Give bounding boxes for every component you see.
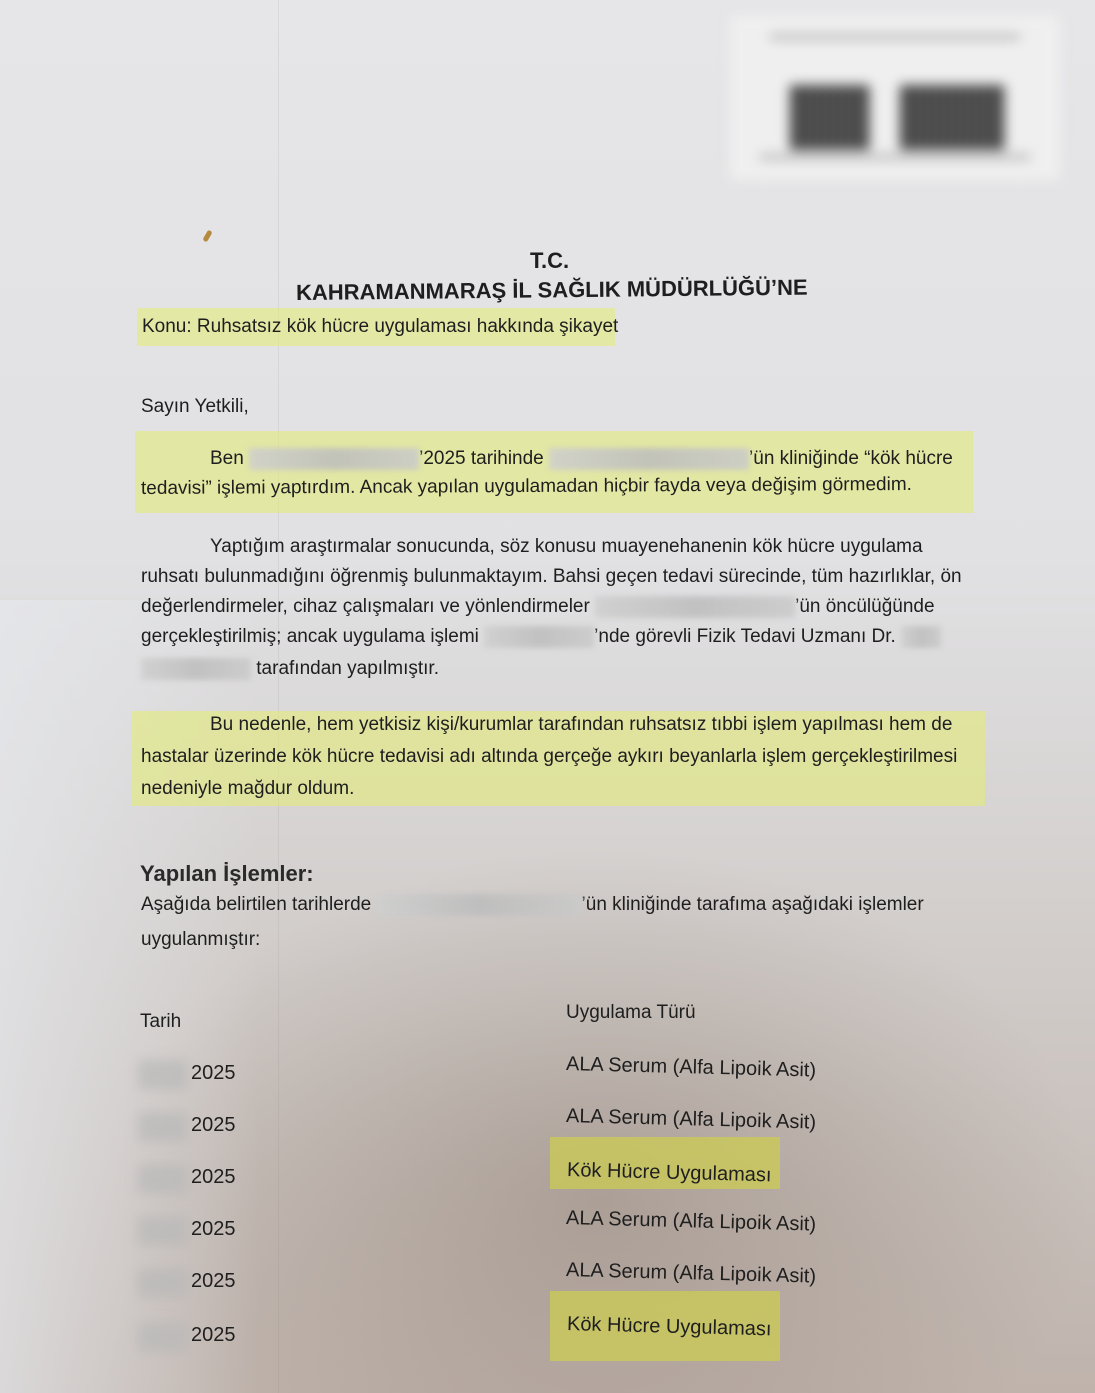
row-procedure-type: ALA Serum (Alfa Lipoik Asit) (566, 1053, 817, 1083)
paragraph3-line3: nedeniyle mağdur oldum. (141, 778, 354, 800)
procedures-intro: Aşağıda belirtilen tarihlerde ’ün kliniğ… (141, 894, 924, 916)
salutation: Sayın Yetkili, (141, 396, 249, 418)
paper-fold-line (278, 0, 279, 1393)
column-header-type: Uygulama Türü (566, 1002, 696, 1024)
header-tc: T.C. (530, 248, 569, 274)
header-recipient: KAHRAMANMARAŞ İL SAĞLIK MÜDÜRLÜĞÜ’NE (296, 275, 808, 306)
procedures-heading: Yapılan İşlemler: (140, 861, 314, 887)
paragraph2-line3: değerlendirmeler, cihaz çalışmaları ve y… (141, 596, 935, 618)
row-date: 2025 (191, 1270, 236, 1293)
row-date: 2025 (191, 1166, 236, 1189)
paragraph1-highlight (135, 431, 973, 513)
redacted-barcode-sticker (730, 15, 1060, 180)
row-procedure-type: ALA Serum (Alfa Lipoik Asit) (566, 1259, 817, 1289)
row-procedure-type: ALA Serum (Alfa Lipoik Asit) (566, 1105, 817, 1135)
paragraph1-line2: tedavisi” işlemi yaptırdım. Ancak yapıla… (141, 474, 912, 500)
procedures-intro-line2: uygulanmıştır: (141, 929, 260, 951)
paragraph2-line4: gerçekleştirilmiş; ancak uygulama işlemi… (141, 626, 941, 648)
redacted-clinic-name (549, 448, 749, 470)
redacted-clinic-name (377, 894, 582, 916)
redacted-doctor-surname (141, 658, 251, 680)
paragraph1-line1: Ben ’2025 tarihinde ’ün kliniğinde “kök … (210, 448, 953, 470)
redacted-day-month (138, 1268, 188, 1298)
paragraph3-line2: hastalar üzerinde kök hücre tedavisi adı… (141, 746, 957, 768)
row-date: 2025 (191, 1062, 236, 1085)
row-procedure-type: ALA Serum (Alfa Lipoik Asit) (566, 1207, 817, 1237)
paragraph2-line5: tarafından yapılmıştır. (141, 658, 439, 680)
redacted-day-month (138, 1322, 188, 1352)
paragraph2-line1: Yaptığım araştırmalar sonucunda, söz kon… (210, 536, 923, 558)
redacted-clinic-name (595, 596, 795, 618)
paragraph3-line1: Bu nedenle, hem yetkisiz kişi/kurumlar t… (210, 714, 952, 736)
column-header-date: Tarih (140, 1011, 181, 1033)
redacted-day-month (138, 1216, 188, 1246)
redacted-day-month (138, 1164, 188, 1194)
subject-line: Konu: Ruhsatsız kök hücre uygulaması hak… (142, 316, 618, 338)
redacted-doctor-name (901, 626, 941, 648)
row-date: 2025 (191, 1114, 236, 1137)
row-date: 2025 (191, 1324, 236, 1347)
redacted-day-month (138, 1060, 188, 1090)
redacted-day-month (138, 1112, 188, 1142)
redacted-institution-name (484, 626, 594, 648)
paragraph2-line2: ruhsatı bulunmadığını öğrenmiş bulunmakt… (141, 566, 962, 588)
redacted-date (249, 448, 419, 470)
row-date: 2025 (191, 1218, 236, 1241)
paper-stain (202, 230, 212, 243)
